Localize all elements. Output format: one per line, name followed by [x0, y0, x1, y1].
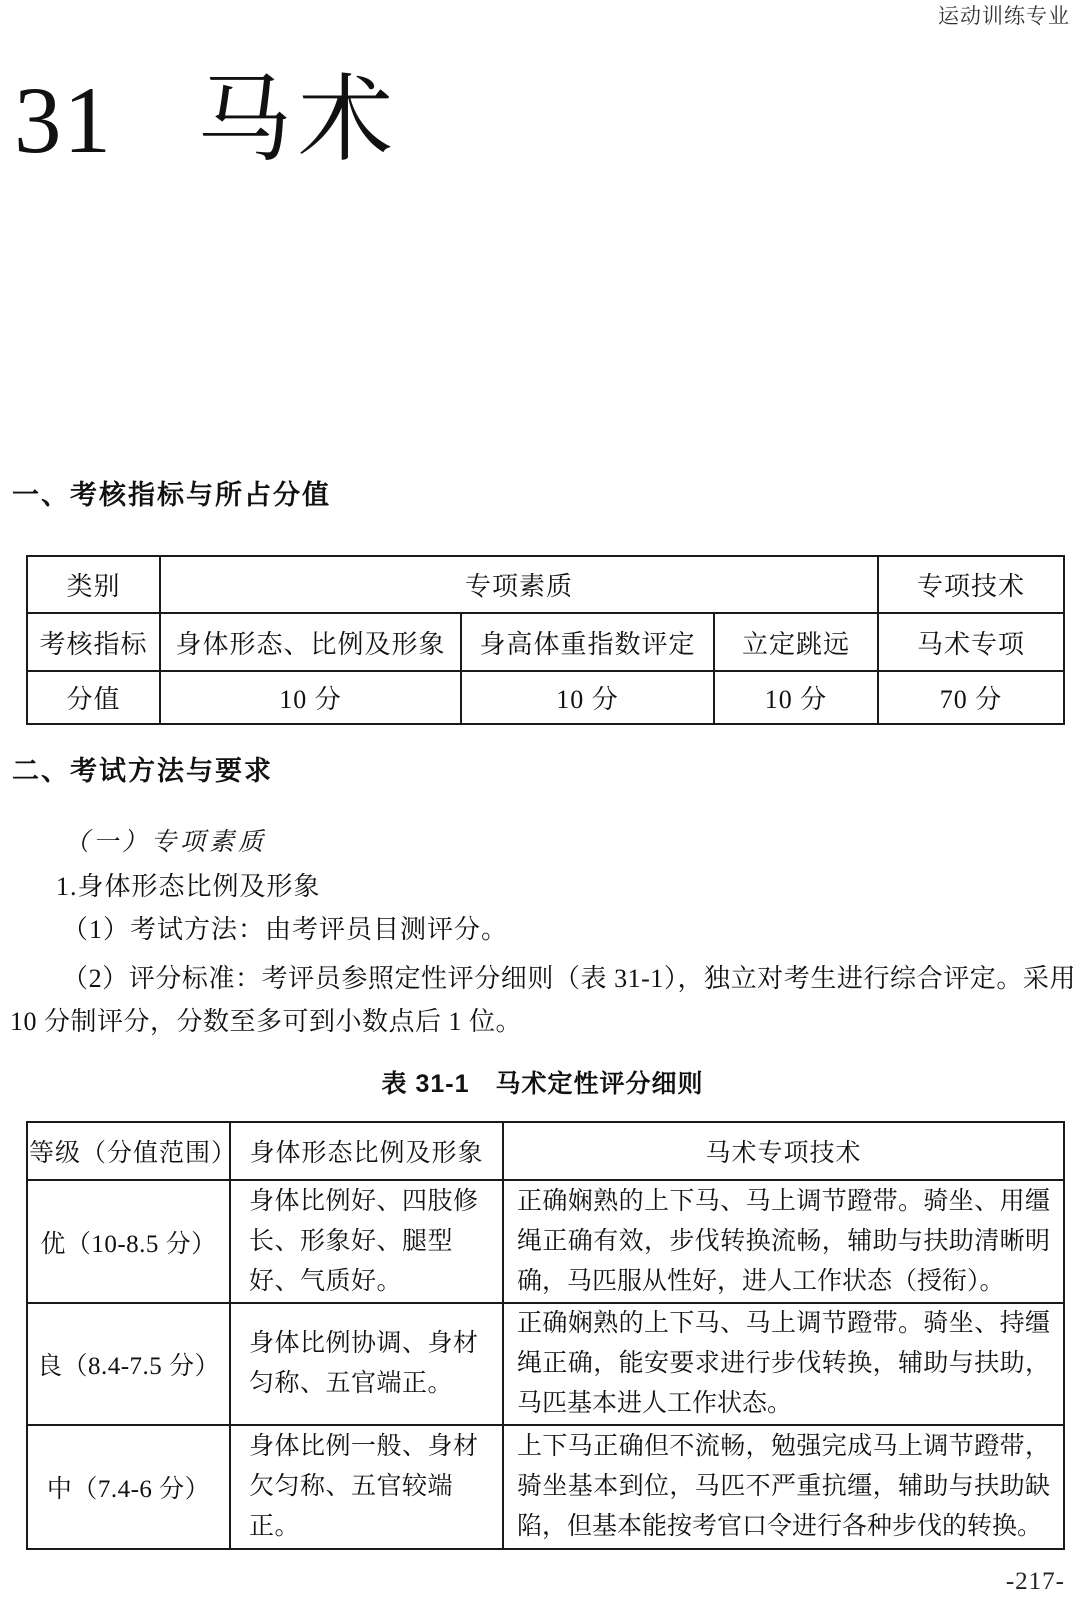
- rubric-header-body: 身体形态比例及形象: [230, 1122, 503, 1180]
- list-item-1: 1.身体形态比例及形象: [56, 872, 321, 902]
- body-desc-cell: 身体比例好、四肢修长、形象好、腿型好、气质好。: [230, 1180, 503, 1303]
- chapter-title: 31马术: [14, 70, 399, 170]
- rubric-table-caption: 表 31-1 马术定性评分细则: [0, 1070, 1085, 1098]
- score-table-row-indicators: 考核指标 身体形态、比例及形象 身高体重指数评定 立定跳远 马术专项: [27, 613, 1064, 671]
- skill-desc-cell: 正确娴熟的上下马、马上调节蹬带。骑坐、用缰绳正确有效，步伐转换流畅，辅助与扶助清…: [503, 1180, 1064, 1303]
- chapter-number: 31: [14, 67, 113, 173]
- rubric-row-excellent: 优（10-8.5 分） 身体比例好、四肢修长、形象好、腿型好、气质好。 正确娴熟…: [27, 1180, 1064, 1303]
- score-cell: 10 分: [714, 671, 878, 724]
- paragraph-scoring-standard: （2）评分标准：考评员参照定性评分细则（表 31-1），独立对考生进行综合评定。…: [10, 957, 1076, 1043]
- rubric-row-medium: 中（7.4-6 分） 身体比例一般、身材欠匀称、五官较端正。 上下马正确但不流畅…: [27, 1425, 1064, 1549]
- section1-heading: 一、考核指标与所占分值: [12, 480, 331, 510]
- indicator-label-cell: 考核指标: [27, 613, 160, 671]
- subsection-heading: （一）专项素质: [64, 828, 267, 858]
- indicator-cell: 立定跳远: [714, 613, 878, 671]
- score-label-cell: 分值: [27, 671, 160, 724]
- score-cell: 70 分: [878, 671, 1064, 724]
- document-page: 运动训练专业 31马术 一、考核指标与所占分值 类别 专项素质 专项技术 考核指…: [0, 0, 1085, 1600]
- indicator-cell: 身体形态、比例及形象: [160, 613, 461, 671]
- score-table: 类别 专项素质 专项技术 考核指标 身体形态、比例及形象 身高体重指数评定 立定…: [26, 555, 1065, 725]
- paragraph-exam-method: （1）考试方法：由考评员目测评分。: [62, 915, 508, 945]
- group-technique-cell: 专项技术: [878, 556, 1064, 613]
- score-table-row-scores: 分值 10 分 10 分 10 分 70 分: [27, 671, 1064, 724]
- grade-cell: 良（8.4-7.5 分）: [27, 1303, 230, 1425]
- score-table-row-category: 类别 专项素质 专项技术: [27, 556, 1064, 613]
- running-header: 运动训练专业: [938, 3, 1070, 29]
- body-desc-cell: 身体比例一般、身材欠匀称、五官较端正。: [230, 1425, 503, 1549]
- chapter-name: 马术: [197, 67, 399, 173]
- rubric-header-grade: 等级（分值范围）: [27, 1122, 230, 1180]
- indicator-cell: 马术专项: [878, 613, 1064, 671]
- group-quality-cell: 专项素质: [160, 556, 878, 613]
- score-cell: 10 分: [160, 671, 461, 724]
- score-cell: 10 分: [461, 671, 714, 724]
- skill-desc-cell: 正确娴熟的上下马、马上调节蹬带。骑坐、持缰绳正确，能安要求进行步伐转换，辅助与扶…: [503, 1303, 1064, 1425]
- rubric-header-skill: 马术专项技术: [503, 1122, 1064, 1180]
- rubric-header-row: 等级（分值范围） 身体形态比例及形象 马术专项技术: [27, 1122, 1064, 1180]
- indicator-cell: 身高体重指数评定: [461, 613, 714, 671]
- body-desc-cell: 身体比例协调、身材匀称、五官端正。: [230, 1303, 503, 1425]
- grade-cell: 优（10-8.5 分）: [27, 1180, 230, 1303]
- category-label-cell: 类别: [27, 556, 160, 613]
- rubric-table: 等级（分值范围） 身体形态比例及形象 马术专项技术 优（10-8.5 分） 身体…: [26, 1121, 1065, 1550]
- rubric-row-good: 良（8.4-7.5 分） 身体比例协调、身材匀称、五官端正。 正确娴熟的上下马、…: [27, 1303, 1064, 1425]
- section2-heading: 二、考试方法与要求: [12, 756, 273, 786]
- page-number: -217-: [1006, 1568, 1065, 1596]
- grade-cell: 中（7.4-6 分）: [27, 1425, 230, 1549]
- skill-desc-cell: 上下马正确但不流畅，勉强完成马上调节蹬带，骑坐基本到位，马匹不严重抗缰，辅助与扶…: [503, 1425, 1064, 1549]
